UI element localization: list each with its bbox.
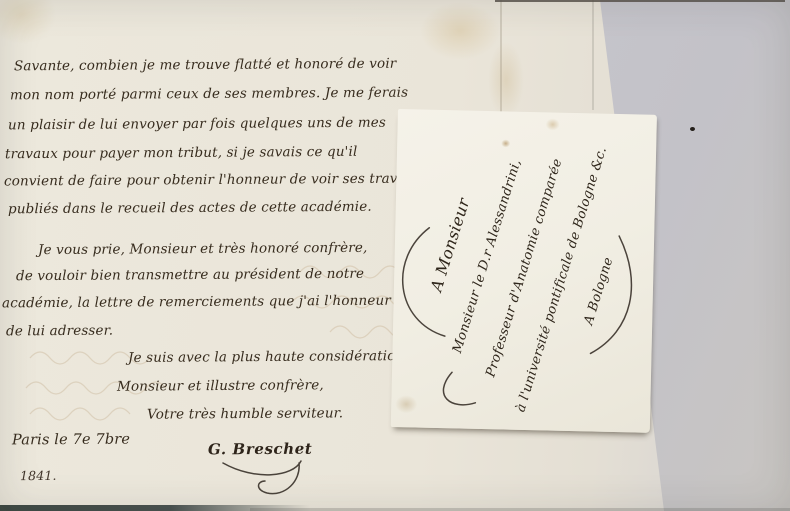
letter-line: travaux pour payer mon tribut, si je sav… [5,144,358,162]
closing-line: Votre très humble serviteur. [147,405,343,422]
dateline: Paris le 7e 7bre [12,432,130,449]
letter-line: de lui adresser. [6,323,113,340]
signature: G. Breschet [208,440,313,459]
year: 1841. [20,468,57,483]
letter-line: publiés dans le recueil des actes de cet… [8,199,372,218]
page-fold [592,0,594,110]
address-note: A Monsieur Monsieur le D.r Alessandrini,… [391,109,657,433]
letter-line: Je vous prie, Monsieur et très honoré co… [38,240,368,258]
letter-line: de vouloir bien transmettre au président… [16,266,364,284]
closing-line: Monsieur et illustre confrère, [117,377,324,394]
paper-stain [0,0,56,44]
letter-line: mon nom porté parmi ceux de ses membres.… [10,85,408,104]
dust-speck [690,127,695,131]
paper-stain [395,395,417,413]
page-fold [500,0,502,112]
address-block: A Monsieur Monsieur le D.r Alessandrini,… [385,91,663,445]
signature-flourish [215,455,335,505]
manuscript-photograph: Savante, combien je me trouve flatté et … [0,0,790,511]
letter-line: Savante, combien je me trouve flatté et … [14,56,396,75]
paper-stain [420,2,500,60]
letter-line: académie, la lettre de remerciements que… [2,293,391,312]
letter-line: convient de faire pour obtenir l'honneur… [4,171,422,190]
letter-line: un plaisir de lui envoyer par fois quelq… [8,115,386,134]
photo-edge [495,0,785,2]
closing-line: Je suis avec la plus haute considération… [128,348,409,366]
